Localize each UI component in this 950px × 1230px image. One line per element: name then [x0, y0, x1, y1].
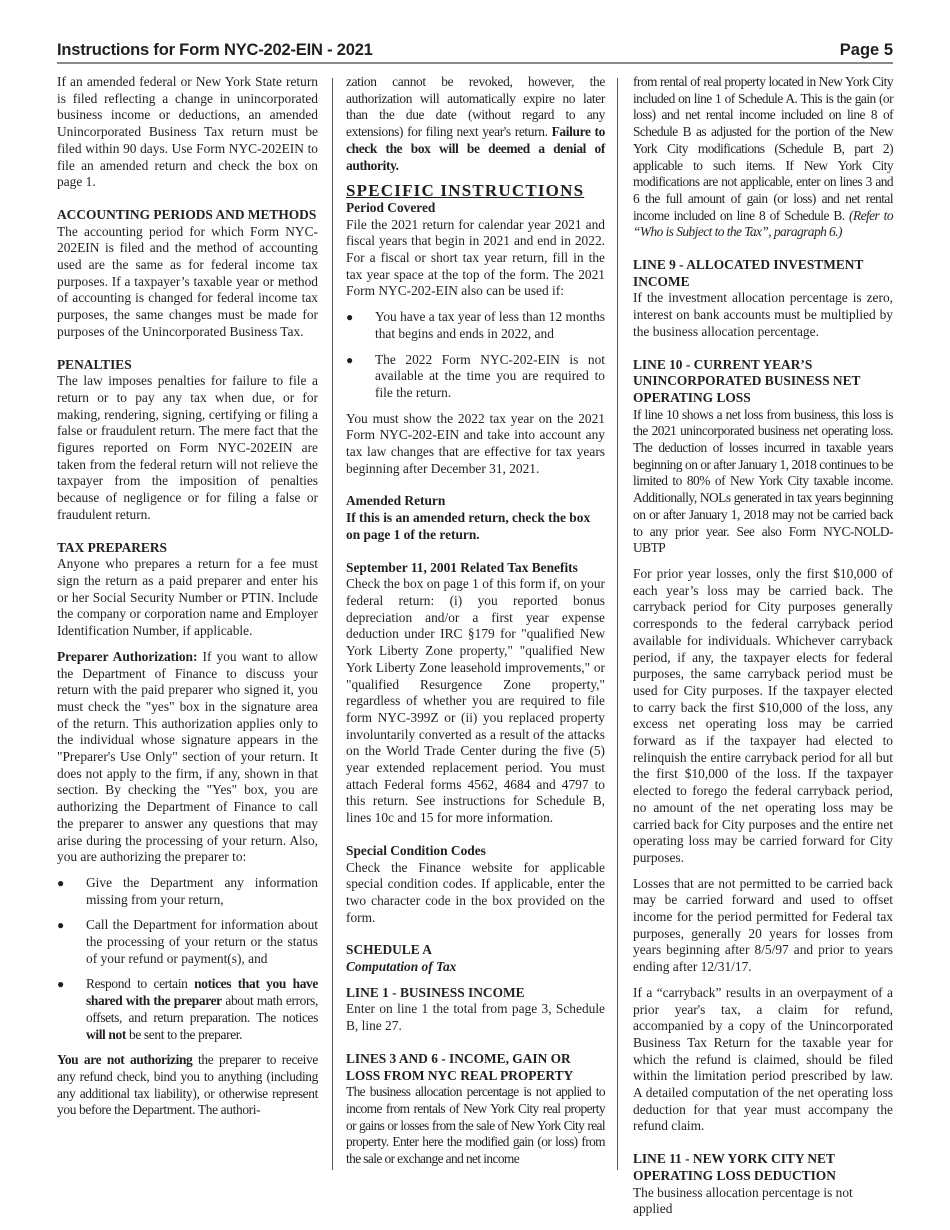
section-body: File the 2021 return for calendar year 2…: [346, 217, 605, 301]
section-heading: Amended Return: [346, 493, 605, 510]
section-body: The business allocation percentage is no…: [346, 1084, 605, 1168]
section-body: If this is an amended return, check the …: [346, 510, 605, 543]
bullet-icon: ●: [346, 352, 375, 402]
section-body: If line 10 shows a net loss from busines…: [633, 407, 893, 557]
section-heading: LINE 9 - ALLOCATED INVESTMENT INCOME: [633, 257, 893, 290]
bullet-item: ● The 2022 Form NYC-202-EIN is not avail…: [346, 352, 605, 402]
section-heading: TAX PREPARERS: [57, 540, 318, 557]
page-number: Page 5: [840, 41, 893, 60]
section-heading: LINE 11 - NEW YORK CITY NET OPERATING LO…: [633, 1151, 893, 1184]
section-heading: ACCOUNTING PERIODS AND METHODS: [57, 207, 318, 224]
section-body: The law imposes penalties for failure to…: [57, 373, 318, 523]
document-title: Instructions for Form NYC-202-EIN - 2021: [57, 41, 373, 60]
amended-intro: If an amended federal or New York State …: [57, 74, 318, 191]
section-body: The accounting period for which Form NYC…: [57, 224, 318, 341]
schedule-heading: SCHEDULE A: [346, 942, 605, 959]
preparer-authorization: Preparer Authorization: If you want to a…: [57, 649, 318, 866]
section-body: Enter on line 1 the total from page 3, S…: [346, 1001, 605, 1034]
column-1: If an amended federal or New York State …: [57, 74, 318, 1119]
authorization-continued: zation cannot be revoked, however, the a…: [346, 74, 605, 174]
column-2: zation cannot be revoked, however, the a…: [346, 74, 605, 1168]
lines36-continued: from rental of real property located in …: [633, 74, 893, 241]
bullet-icon: ●: [346, 309, 375, 342]
bullet-icon: ●: [57, 976, 86, 1043]
section-body: Anyone who prepares a return for a fee m…: [57, 556, 318, 640]
section-body: For prior year losses, only the first $1…: [633, 566, 893, 867]
section-heading: September 11, 2001 Related Tax Benefits: [346, 560, 605, 577]
section-heading: LINE 1 - BUSINESS INCOME: [346, 985, 605, 1002]
section-heading: Special Condition Codes: [346, 843, 605, 860]
bullet-icon: ●: [57, 917, 86, 967]
column-divider: [617, 78, 618, 1170]
bullet-item: ● Respond to certain notices that you ha…: [57, 976, 318, 1043]
header-rule: [57, 62, 893, 64]
section-body: Losses that are not permitted to be carr…: [633, 876, 893, 976]
not-authorizing: You are not authorizing the preparer to …: [57, 1052, 318, 1119]
section-heading: LINES 3 AND 6 - INCOME, GAIN OR LOSS FRO…: [346, 1051, 605, 1084]
section-body: If a “carryback” results in an overpayme…: [633, 985, 893, 1135]
section-body: You must show the 2022 tax year on the 2…: [346, 411, 605, 478]
section-body: The business allocation percentage is no…: [633, 1185, 893, 1218]
section-body: Check the Finance website for applicable…: [346, 860, 605, 927]
inline-lead: Preparer Authorization:: [57, 649, 197, 664]
bullet-item: ● Give the Department any information mi…: [57, 875, 318, 908]
bullet-item: ● Call the Department for information ab…: [57, 917, 318, 967]
bullet-item: ● You have a tax year of less than 12 mo…: [346, 309, 605, 342]
page-header: Instructions for Form NYC-202-EIN - 2021…: [57, 41, 893, 63]
specific-instructions-heading: SPECIFIC INSTRUCTIONS: [346, 183, 605, 200]
column-3: from rental of real property located in …: [633, 74, 893, 1218]
section-heading: LINE 10 - CURRENT YEAR’S UNINCORPORATED …: [633, 357, 893, 407]
bullet-icon: ●: [57, 875, 86, 908]
column-divider: [332, 78, 333, 1170]
section-body: Check the box on page 1 of this form if,…: [346, 576, 605, 827]
schedule-subheading: Computation of Tax: [346, 959, 605, 976]
section-heading: Period Covered: [346, 200, 605, 217]
section-heading: PENALTIES: [57, 357, 318, 374]
section-body: If the investment allocation percentage …: [633, 290, 893, 340]
